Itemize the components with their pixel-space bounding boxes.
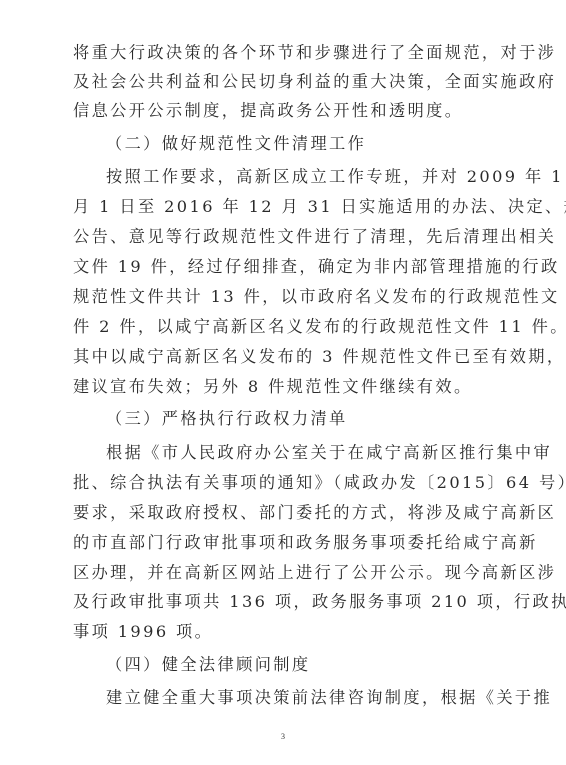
paragraph-line: 要求，采取政府授权、部门委托的方式，将涉及咸宁高新区 bbox=[73, 498, 487, 528]
paragraph-line: 建立健全重大事项决策前法律咨询制度，根据《关于推 bbox=[106, 683, 487, 713]
paragraph-line: 根据《市人民政府办公室关于在咸宁高新区推行集中审 bbox=[106, 438, 487, 468]
paragraph-line: 将重大行政决策的各个环节和步骤进行了全面规范，对于涉 bbox=[73, 38, 487, 68]
paragraph-line: 其中以咸宁高新区名义发布的 3 件规范性文件已至有效期， bbox=[73, 342, 487, 372]
paragraph-line: 区办理，并在高新区网站上进行了公开公示。现今高新区涉 bbox=[73, 558, 487, 588]
paragraph-line: 月 1 日至 2016 年 12 月 31 日实施适用的办法、决定、规定、 bbox=[73, 192, 487, 222]
paragraph-line: 信息公开公示制度，提高政务公开性和透明度。 bbox=[73, 96, 487, 126]
section-heading-4: （四）健全法律顾问制度 bbox=[106, 650, 310, 680]
paragraph-line: 批、综合执法有关事项的通知》（咸政办发〔2015〕64 号） bbox=[73, 468, 487, 498]
section-heading-3: （三）严格执行行政权力清单 bbox=[106, 404, 348, 434]
paragraph-line: 及行政审批事项共 136 项，政务服务事项 210 项，行政执法 bbox=[73, 587, 487, 617]
section-heading-2: （二）做好规范性文件清理工作 bbox=[106, 129, 366, 159]
paragraph-line: 件 2 件，以咸宁高新区名义发布的行政规范性文件 11 件。 bbox=[73, 312, 487, 342]
paragraph-line: 及社会公共利益和公民切身利益的重大决策，全面实施政府 bbox=[73, 67, 487, 97]
paragraph-line: 的市直部门行政审批事项和政务服务事项委托给咸宁高新 bbox=[73, 528, 487, 558]
paragraph-line: 文件 19 件，经过仔细排查，确定为非内部管理措施的行政 bbox=[73, 252, 487, 282]
paragraph-line: 建议宣布失效；另外 8 件规范性文件继续有效。 bbox=[73, 372, 487, 402]
page-number: 3 bbox=[0, 732, 566, 741]
paragraph-line: 事项 1996 项。 bbox=[73, 617, 487, 647]
paragraph-line: 按照工作要求，高新区成立工作专班，并对 2009 年 1 bbox=[106, 162, 487, 192]
paragraph-line: 规范性文件共计 13 件，以市政府名义发布的行政规范性文 bbox=[73, 282, 487, 312]
paragraph-line: 公告、意见等行政规范性文件进行了清理，先后清理出相关 bbox=[73, 222, 487, 252]
document-page: 将重大行政决策的各个环节和步骤进行了全面规范，对于涉 及社会公共利益和公民切身利… bbox=[0, 0, 566, 765]
